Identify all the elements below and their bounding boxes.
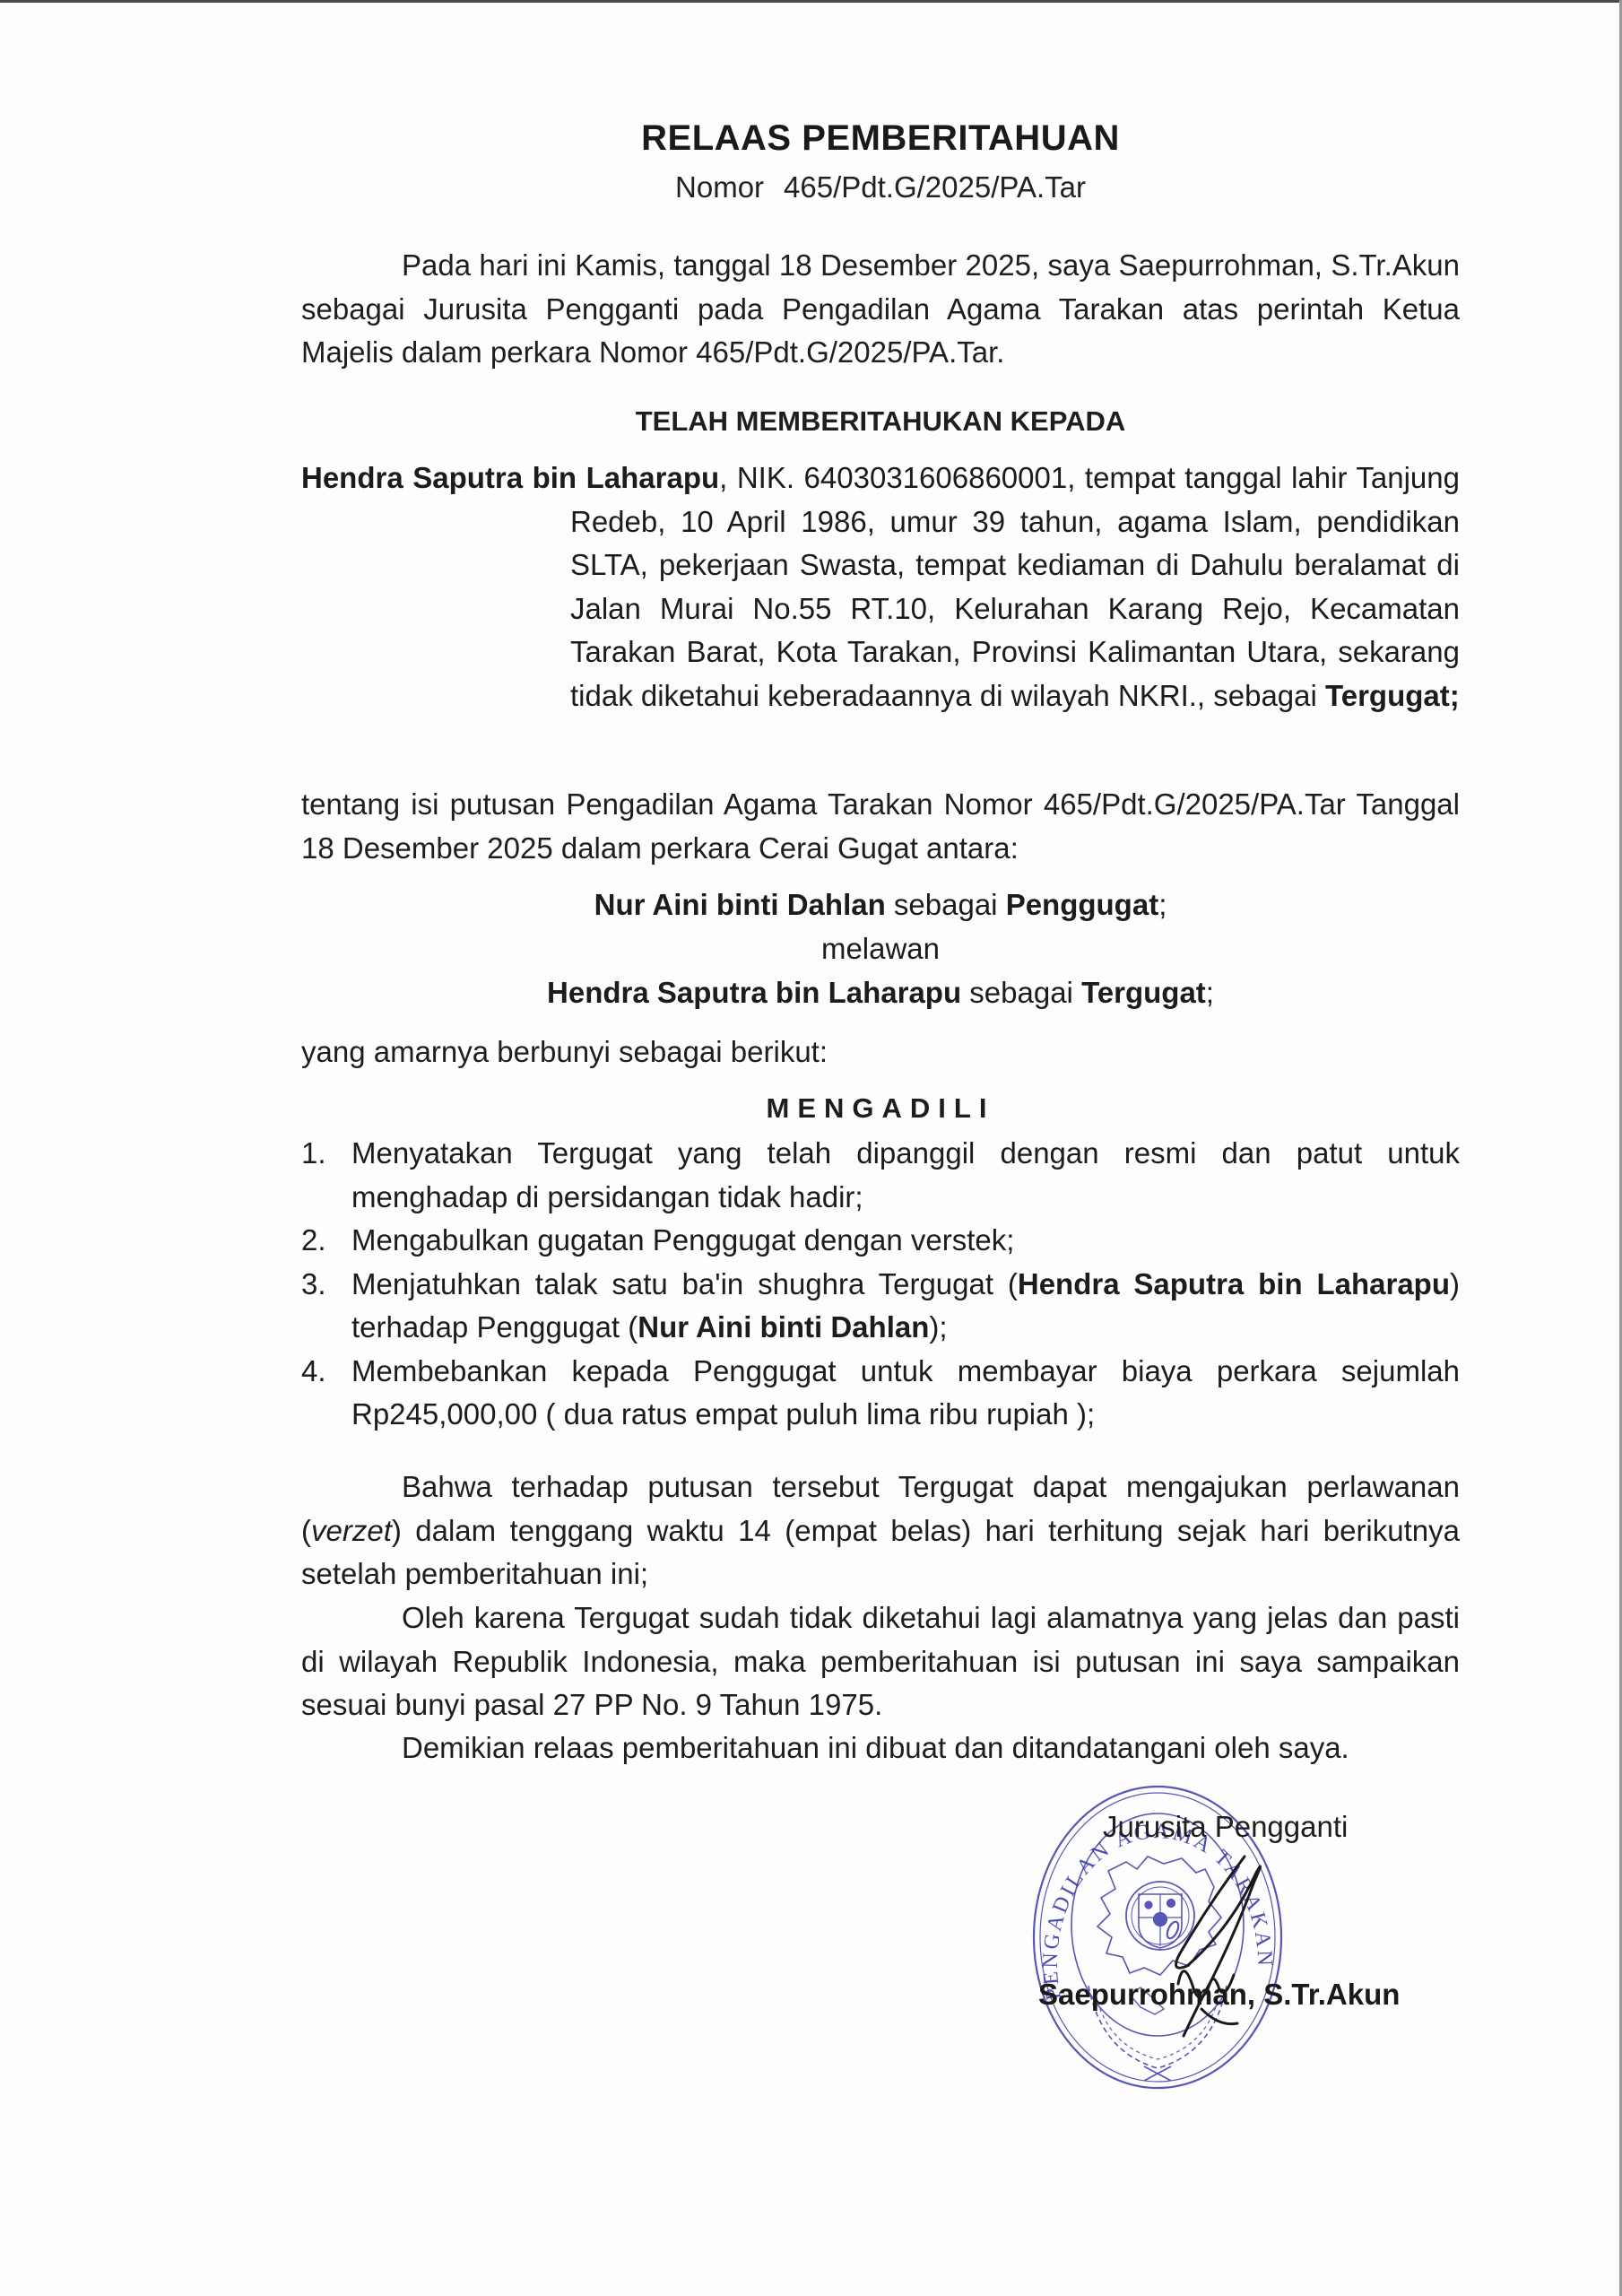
defendant-name: Hendra Saputra bin Laharapu: [547, 976, 961, 1009]
scan-top-edge: [0, 0, 1622, 3]
recipient-role: Tergugat;: [1325, 679, 1460, 712]
subject-paragraph: tentang isi putusan Pengadilan Agama Tar…: [301, 783, 1460, 870]
document-number-label: Nomor: [675, 170, 764, 204]
defendant-line: Hendra Saputra bin Laharapu sebagai Terg…: [301, 971, 1460, 1014]
plaintiff-name: Nur Aini binti Dahlan: [594, 888, 886, 921]
verdict-item: 3.Menjatuhkan talak satu ba'in shughra T…: [301, 1263, 1460, 1350]
recipient-name: Hendra Saputra bin Laharapu: [301, 461, 719, 494]
verdict-heading: MENGADILI: [301, 1092, 1460, 1125]
verdict-list: 1.Menyatakan Tergugat yang telah dipangg…: [301, 1132, 1460, 1437]
closing-paragraph-verzet: Bahwa terhadap putusan tersebut Tergugat…: [301, 1465, 1460, 1596]
versus-line: melawan: [301, 927, 1460, 970]
recipient-details: , NIK. 6403031606860001, tempat tanggal …: [570, 461, 1460, 712]
recipient-block: Hendra Saputra bin Laharapu, NIK. 640303…: [301, 457, 1460, 717]
notice-heading: TELAH MEMBERITAHUKAN KEPADA: [301, 405, 1460, 438]
verdict-item: 4.Membebankan kepada Penggugat untuk mem…: [301, 1350, 1460, 1437]
document-title: RELAAS PEMBERITAHUAN: [301, 118, 1460, 159]
closing-paragraph-final: Demikian relaas pemberitahuan ini dibuat…: [301, 1726, 1460, 1770]
verdict-intro: yang amarnya berbunyi sebagai berikut:: [301, 1031, 1460, 1074]
signer-role: Jurusita Pengganti: [1103, 1810, 1348, 1844]
verdict-item: 2.Mengabulkan gugatan Penggugat dengan v…: [301, 1219, 1460, 1263]
document-number: Nomor465/Pdt.G/2025/PA.Tar: [301, 170, 1460, 204]
opening-paragraph: Pada hari ini Kamis, tanggal 18 Desember…: [301, 244, 1460, 375]
defendant-role: Tergugat: [1081, 976, 1206, 1009]
handwritten-signature-icon: [1148, 1848, 1309, 2045]
document-number-value: 465/Pdt.G/2025/PA.Tar: [784, 170, 1086, 204]
verdict-item: 1.Menyatakan Tergugat yang telah dipangg…: [301, 1132, 1460, 1219]
closing-paragraph-address: Oleh karena Tergugat sudah tidak diketah…: [301, 1596, 1460, 1727]
plaintiff-line: Nur Aini binti Dahlan sebagai Penggugat;: [301, 883, 1460, 926]
plaintiff-role: Penggugat: [1006, 888, 1159, 921]
